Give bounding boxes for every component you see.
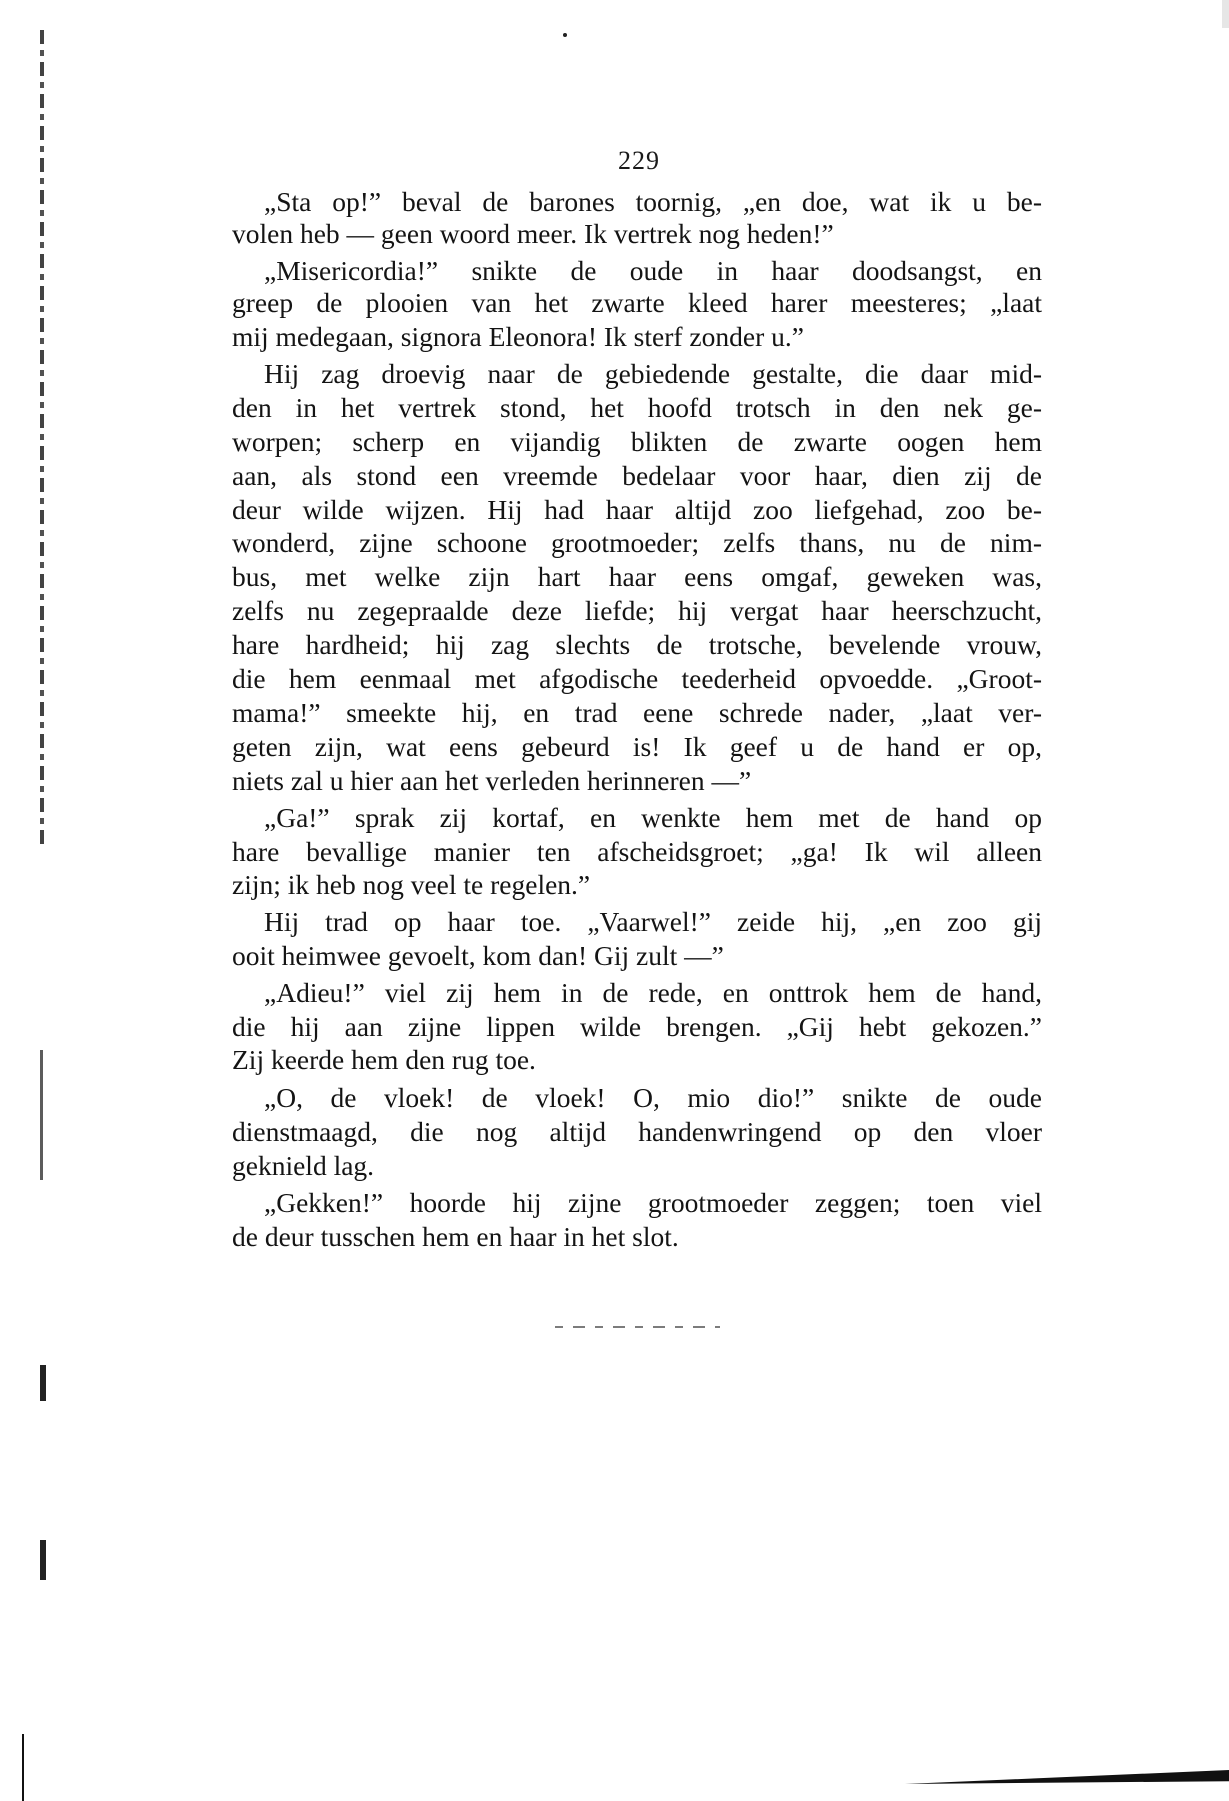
scan-speck xyxy=(563,33,567,37)
text-line: „Ga!” sprak zij kortaf, en wenkte hem me… xyxy=(264,802,1042,834)
binding-edge-blot-lower xyxy=(40,1540,46,1580)
binding-edge-marks-middle xyxy=(40,1050,43,1180)
text-line: Zij keerde hem den rug toe. xyxy=(232,1044,1042,1076)
text-line: „Sta op!” beval de barones toornig, „en … xyxy=(264,186,1042,218)
scan-bottom-rule xyxy=(905,1770,1229,1784)
text-line: den in het vertrek stond, het hoofd trot… xyxy=(232,392,1042,424)
text-line: geten zijn, wat eens gebeurd is! Ik geef… xyxy=(232,731,1042,763)
text-line: ooit heimwee gevoelt, kom dan! Gij zult … xyxy=(232,940,1042,972)
text-line: deur wilde wijzen. Hij had haar altijd z… xyxy=(232,494,1042,526)
text-line: Hij trad op haar toe. „Vaarwel!” zeide h… xyxy=(264,906,1042,938)
text-line: „Adieu!” viel zij hem in de rede, en ont… xyxy=(264,977,1042,1009)
text-line: hare hardheid; hij zag slechts de trotsc… xyxy=(232,629,1042,661)
page-number: 229 xyxy=(618,146,660,176)
binding-edge-marks xyxy=(40,30,44,850)
text-line: Hij zag droevig naar de gebiedende gesta… xyxy=(264,358,1042,390)
text-line: die hem eenmaal met afgodische teederhei… xyxy=(232,663,1042,695)
text-line: de deur tusschen hem en haar in het slot… xyxy=(232,1221,1042,1253)
text-line: volen heb — geen woord meer. Ik vertrek … xyxy=(232,218,1042,250)
text-line: wonderd, zijne schoone grootmoeder; zelf… xyxy=(232,527,1042,559)
scan-edge-shadow xyxy=(1222,0,1229,28)
text-line: „O, de vloek! de vloek! O, mio dio!” sni… xyxy=(264,1082,1042,1114)
text-line: niets zal u hier aan het verleden herinn… xyxy=(232,765,1042,797)
text-line: „Gekken!” hoorde hij zijne grootmoeder z… xyxy=(264,1187,1042,1219)
text-line: geknield lag. xyxy=(232,1150,1042,1182)
text-line: greep de plooien van het zwarte kleed ha… xyxy=(232,287,1042,319)
scanned-book-page: 229 „Sta op!” beval de barones toornig, … xyxy=(0,0,1229,1801)
text-line: mama!” smeekte hij, en trad eene schrede… xyxy=(232,697,1042,729)
section-end-divider xyxy=(555,1326,720,1328)
text-line: bus, met welke zijn hart haar eens omgaf… xyxy=(232,561,1042,593)
binding-edge-blot xyxy=(40,1365,46,1401)
text-line: zijn; ik heb nog veel te regelen.” xyxy=(232,869,1042,901)
text-line: die hij aan zijne lippen wilde brengen. … xyxy=(232,1011,1042,1043)
text-line: „Misericordia!” snikte de oude in haar d… xyxy=(264,255,1042,287)
text-line: zelfs nu zegepraalde deze liefde; hij ve… xyxy=(232,595,1042,627)
text-line: worpen; scherp en vijandig blikten de zw… xyxy=(232,426,1042,458)
text-line: aan, als stond een vreemde bedelaar voor… xyxy=(232,460,1042,492)
text-line: dienstmaagd, die nog altijd handenwringe… xyxy=(232,1116,1042,1148)
text-line: hare bevallige manier ten afscheidsgroet… xyxy=(232,836,1042,868)
text-line: mij medegaan, signora Eleonora! Ik sterf… xyxy=(232,321,1042,353)
binding-edge-line xyxy=(22,1734,24,1801)
